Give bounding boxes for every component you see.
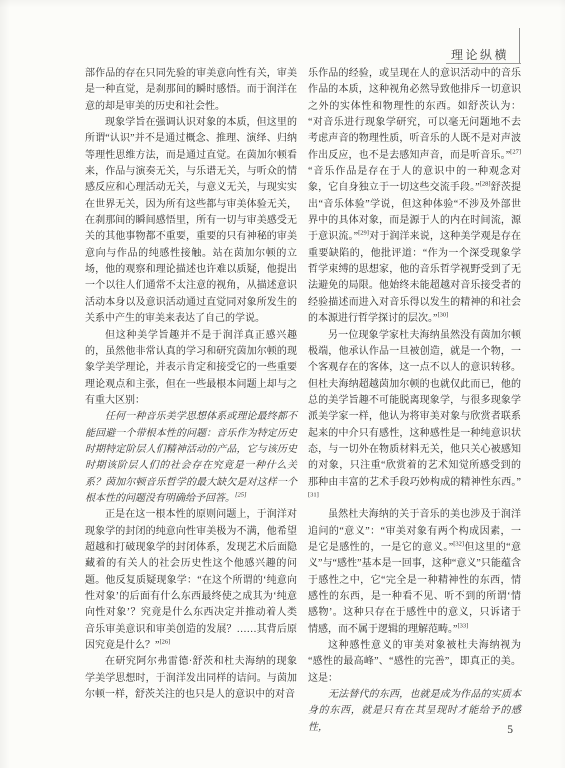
footnote-ref: [30] — [437, 312, 448, 319]
running-head: 理论纵横 — [451, 46, 509, 63]
page: 理论纵横 部作品的存在只同先验的审美意向性有关，审美是一种直觉，是刹那间的瞬时感… — [0, 0, 565, 768]
paragraph: 现象学旨在强调认识对象的本质，但这里的所谓“认识”并不是通过概念、推理、演绎、归… — [85, 115, 297, 327]
quote-paragraph: 任何一种音乐美学思想体系或理论最终都不能回避一个带根本性的问题：音乐作为特定历史… — [85, 409, 297, 507]
text-run: “音乐作品是存在于人的意识中的一种观念对象，它自身独立于一切这些交流手段。” — [308, 166, 521, 193]
paragraph: 正是在这一根本性的原则问题上，于润洋对现象学的封闭的纯意向性审美极为不满，他希望… — [85, 507, 297, 654]
header-rule-vertical — [519, 28, 520, 64]
footnote-ref: [25] — [235, 492, 247, 499]
text-run: 这种感性意义的审美对象被杜夫海纳视为“感性的最高峰”、“感性的完善”，即真正的美… — [308, 640, 521, 684]
text-run: 在研究阿尔弗雷德·舒茨和杜夫海纳的现象学美学思想时，于润洋发出同样的诘问。与茵加… — [85, 656, 297, 700]
text-run: 任何一种音乐美学思想体系或理论最终都不能回避一个带根本性的问题：音乐作为特定历史… — [85, 411, 297, 504]
paragraph: 但这种美学旨趣并不是于润洋真正感兴趣的，虽然他非常认真的学习和研究茵加尔顿的现象… — [85, 328, 297, 410]
footnote-ref: [28] — [480, 181, 491, 188]
header-rule-horizontal — [446, 63, 521, 64]
paragraph: 在研究阿尔弗雷德·舒茨和杜夫海纳的现象学美学思想时，于润洋发出同样的诘问。与茵加… — [85, 654, 297, 703]
page-number: 5 — [507, 724, 513, 736]
text-run: 部作品的存在只同先验的审美意向性有关，审美是一种直觉，是刹那间的瞬时感悟。而于润… — [85, 68, 297, 112]
text-column-left: 部作品的存在只同先验的审美意向性有关，审美是一种直觉，是刹那间的瞬时感悟。而于润… — [85, 66, 297, 703]
footnote-ref: [27] — [510, 148, 521, 155]
text-run: 但这种美学旨趣并不是于润洋真正感兴趣的，虽然他非常认真的学习和研究茵加尔顿的现象… — [85, 330, 297, 406]
footnote-ref: [26] — [159, 639, 170, 646]
text-run: 但这里的“意义”与“感性”基本是一回事，这种“意义”只能蕴含于感性之中，它“完全… — [308, 542, 521, 635]
text-run: 另一位现象学家杜夫海纳虽然没有茵加尔顿极端，他承认作品一旦被创造，就是一个物，一… — [308, 330, 521, 488]
text-run: 无法替代的东西，也就是成为作品的实质本身的东西，就是只有在其呈现时才能给予的感性… — [308, 689, 521, 733]
footnote-ref: [29] — [358, 230, 369, 237]
quote-paragraph: 无法替代的东西，也就是成为作品的实质本身的东西，就是只有在其呈现时才能给予的感性… — [308, 687, 521, 736]
footnote-ref: [32] — [453, 541, 464, 548]
footnote-ref: [33] — [457, 622, 468, 629]
footnote-ref: [31] — [308, 492, 319, 499]
text-run: 正是在这一根本性的原则问题上，于润洋对现象学的封闭的纯意向性审美极为不满，他希望… — [85, 509, 297, 651]
paragraph: 部作品的存在只同先验的审美意向性有关，审美是一种直觉，是刹那间的瞬时感悟。而于润… — [85, 66, 297, 115]
paragraph: 这种感性意义的审美对象被杜夫海纳视为“感性的最高峰”、“感性的完善”，即真正的美… — [308, 638, 521, 687]
text-run: 现象学旨在强调认识对象的本质，但这里的所谓“认识”并不是通过概念、推理、演绎、归… — [85, 117, 297, 324]
text-run: 乐作品的经验，或呈现在人的意识活动中的音乐作品的本质，这种视角必然导致他排斥一切… — [308, 68, 521, 161]
paragraph: 虽然杜夫海纳的关于音乐的美也涉及于润洋追问的“意义”：“审美对象有两个构成因素，… — [308, 507, 521, 638]
paragraph: 另一位现象学家杜夫海纳虽然没有茵加尔顿极端，他承认作品一旦被创造，就是一个物，一… — [308, 328, 521, 508]
text-run: 对于润洋来说，这种美学观是存在重要缺陷的，他批评道：“作为一个深受现象学哲学束缚… — [308, 231, 521, 324]
text-column-right: 乐作品的经验，或呈现在人的意识活动中的音乐作品的本质，这种视角必然导致他排斥一切… — [308, 66, 521, 736]
paragraph: 乐作品的经验，或呈现在人的意识活动中的音乐作品的本质，这种视角必然导致他排斥一切… — [308, 66, 521, 328]
